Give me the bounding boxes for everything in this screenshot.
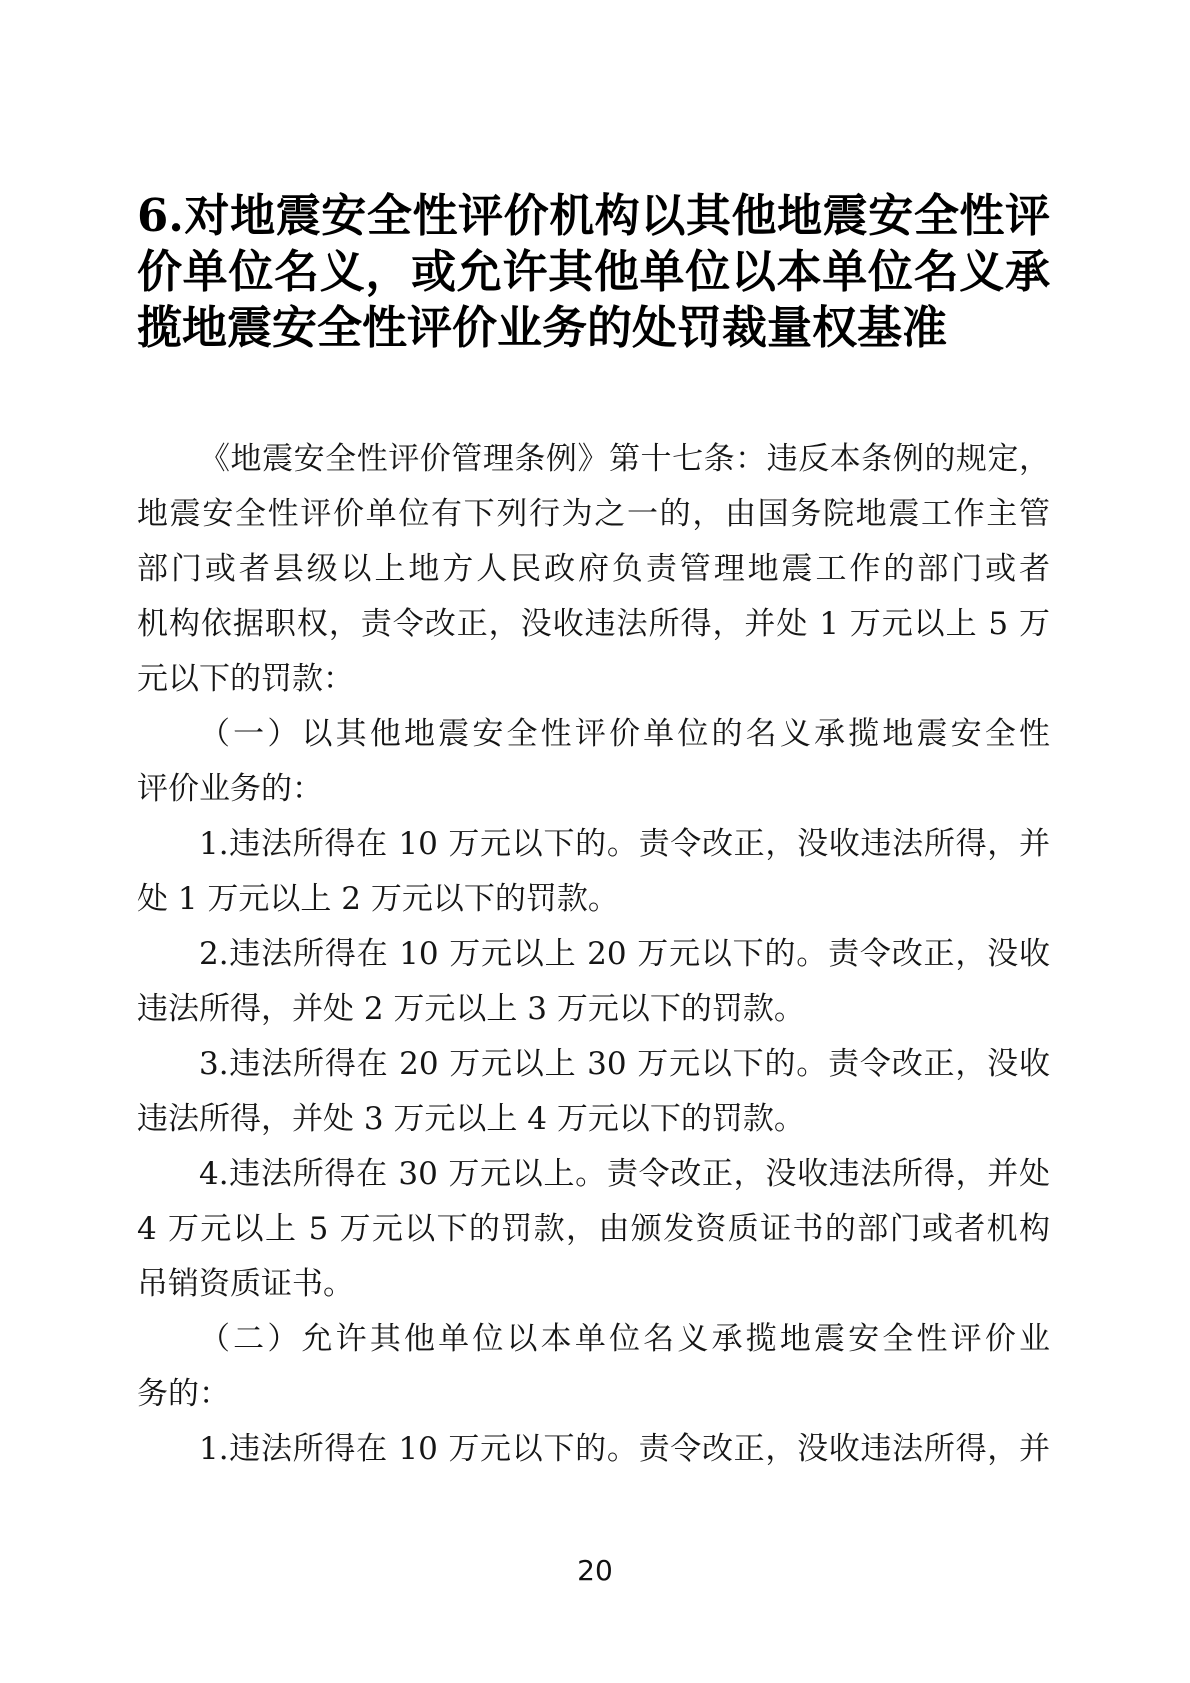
body-line: 违法所得，并处 2 万元以上 3 万元以下的罚款。: [137, 982, 1050, 1037]
body-line: 2.违法所得在 10 万元以上 20 万元以下的。责令改正，没收: [137, 927, 1050, 982]
body-line: 4.违法所得在 30 万元以上。责令改正，没收违法所得，并处: [137, 1147, 1050, 1202]
body-line: 处 1 万元以上 2 万元以下的罚款。: [137, 872, 1050, 927]
page-content: 6.对地震安全性评价机构以其他地震安全性评 价单位名义，或允许其他单位以本单位名…: [137, 0, 1050, 1477]
body-line: 部门或者县级以上地方人民政府负责管理地震工作的部门或者: [137, 542, 1050, 597]
body-line: 元以下的罚款：: [137, 652, 1050, 707]
body-line: 1.违法所得在 10 万元以下的。责令改正，没收违法所得，并: [137, 1422, 1050, 1477]
body-line: 机构依据职权，责令改正，没收违法所得，并处 1 万元以上 5 万: [137, 597, 1050, 652]
page-title: 6.对地震安全性评价机构以其他地震安全性评 价单位名义，或允许其他单位以本单位名…: [137, 188, 1050, 356]
body-line: 1.违法所得在 10 万元以下的。责令改正，没收违法所得，并: [137, 817, 1050, 872]
title-line: 揽地震安全性评价业务的处罚裁量权基准: [137, 300, 1050, 356]
document-body: 《地震安全性评价管理条例》第十七条：违反本条例的规定， 地震安全性评价单位有下列…: [137, 432, 1050, 1477]
body-line: 务的：: [137, 1367, 1050, 1422]
body-line: （一）以其他地震安全性评价单位的名义承揽地震安全性: [137, 707, 1050, 762]
document-page: 6.对地震安全性评价机构以其他地震安全性评 价单位名义，或允许其他单位以本单位名…: [0, 0, 1190, 1683]
title-line: 6.对地震安全性评价机构以其他地震安全性评: [137, 188, 1050, 244]
body-line: 吊销资质证书。: [137, 1257, 1050, 1312]
body-line: 3.违法所得在 20 万元以上 30 万元以下的。责令改正，没收: [137, 1037, 1050, 1092]
body-line: （二）允许其他单位以本单位名义承揽地震安全性评价业: [137, 1312, 1050, 1367]
body-line: 违法所得，并处 3 万元以上 4 万元以下的罚款。: [137, 1092, 1050, 1147]
body-line: 评价业务的：: [137, 762, 1050, 817]
body-line: 《地震安全性评价管理条例》第十七条：违反本条例的规定，: [137, 432, 1050, 487]
page-number: 20: [0, 1554, 1190, 1587]
body-line: 地震安全性评价单位有下列行为之一的，由国务院地震工作主管: [137, 487, 1050, 542]
title-line: 价单位名义，或允许其他单位以本单位名义承: [137, 244, 1050, 300]
body-line: 4 万元以上 5 万元以下的罚款，由颁发资质证书的部门或者机构: [137, 1202, 1050, 1257]
